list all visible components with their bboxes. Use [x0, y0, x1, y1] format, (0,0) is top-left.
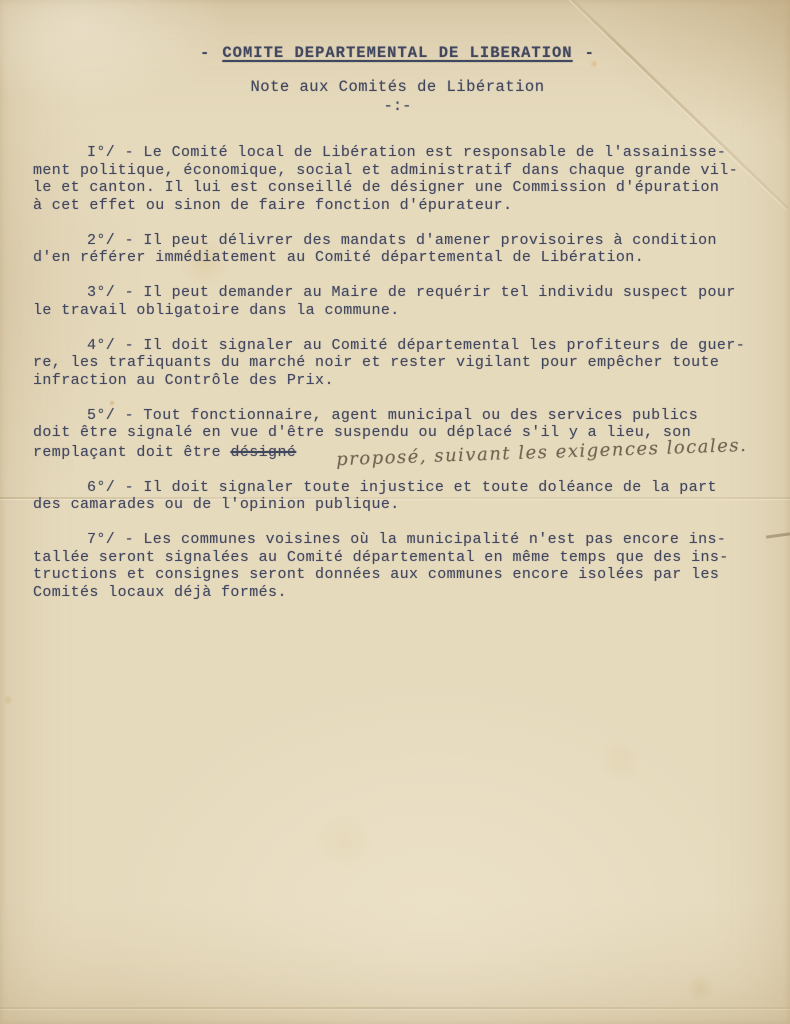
document-page: -COMITE DEPARTEMENTAL DE LIBERATION- Not…	[0, 0, 790, 1024]
paragraph-1-text: I°/ - Le Comité local de Libération est …	[33, 144, 738, 214]
title-text: COMITE DEPARTEMENTAL DE LIBERATION	[222, 44, 572, 62]
section-divider: -:-	[33, 97, 762, 115]
document-title: -COMITE DEPARTEMENTAL DE LIBERATION-	[33, 44, 762, 62]
paragraph-6-text: 6°/ - Il doit signaler toute injustice e…	[33, 479, 717, 514]
paragraph-4-text: 4°/ - Il doit signaler au Comité départe…	[33, 337, 745, 389]
paragraph-2: 2°/ - Il peut délivrer des mandats d'ame…	[33, 232, 762, 267]
handwritten-annotation: proposé, suivant les exigences locales.	[282, 436, 748, 470]
paragraph-3: 3°/ - Il peut demander au Maire de requé…	[33, 284, 762, 319]
paragraph-4: 4°/ - Il doit signaler au Comité départe…	[33, 337, 762, 390]
paragraph-7: 7°/ - Les communes voisines où la munici…	[33, 531, 762, 601]
document-content: -COMITE DEPARTEMENTAL DE LIBERATION- Not…	[0, 0, 790, 601]
title-dash-right: -	[585, 44, 595, 62]
paragraph-5: 5°/ - Tout fonctionnaire, agent municipa…	[33, 407, 762, 462]
paragraph-6: 6°/ - Il doit signaler toute injustice e…	[33, 479, 762, 514]
paragraph-3-text: 3°/ - Il peut demander au Maire de requé…	[33, 284, 736, 319]
paragraph-2-text: 2°/ - Il peut délivrer des mandats d'ame…	[33, 232, 717, 267]
document-subtitle: Note aux Comités de Libération	[33, 78, 762, 96]
paragraph-1: I°/ - Le Comité local de Libération est …	[33, 144, 762, 214]
title-dash-left: -	[200, 44, 210, 62]
paragraph-7-text: 7°/ - Les communes voisines où la munici…	[33, 531, 729, 601]
paper-crease-bottom	[0, 1007, 790, 1009]
